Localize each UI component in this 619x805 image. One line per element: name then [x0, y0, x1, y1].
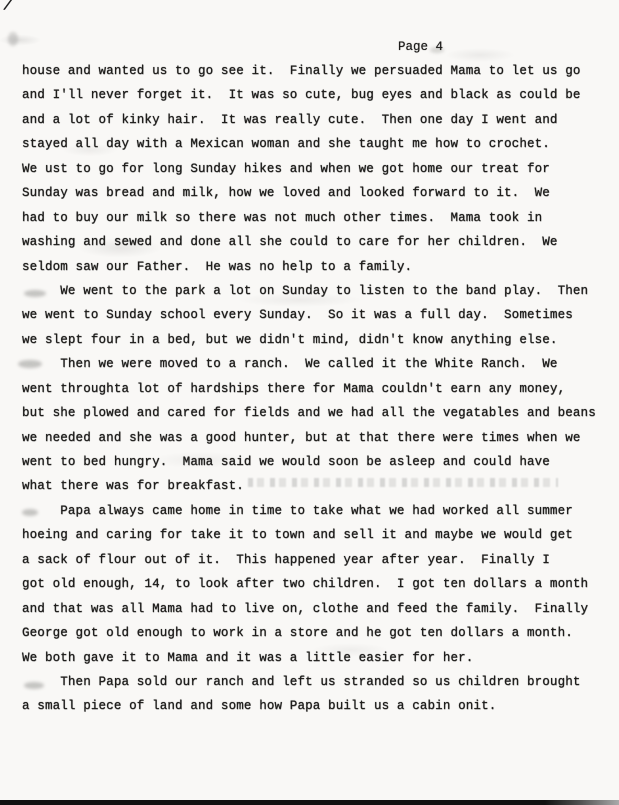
- smudge-mark: [24, 290, 46, 297]
- smudge-mark: [430, 47, 444, 53]
- text-line: We ust to go for long Sunday hikes and w…: [22, 157, 602, 181]
- text-line: but she plowed and cared for fields and …: [22, 401, 602, 425]
- text-line: house and wanted us to go see it. Finall…: [22, 59, 602, 83]
- text-line: stayed all day with a Mexican woman and …: [22, 132, 602, 156]
- erased-text-smudge: [248, 478, 558, 487]
- smudge-mark: [8, 32, 18, 46]
- text-line: we needed and she was a good hunter, but…: [22, 426, 602, 450]
- text-line: Papa always came home in time to take wh…: [22, 499, 602, 523]
- text-line: got old enough, 14, to look after two ch…: [22, 572, 602, 596]
- text-line: hoeing and caring for take it to town an…: [22, 523, 602, 547]
- text-line: Then we were moved to a ranch. We called…: [22, 352, 602, 376]
- text-line: We both gave it to Mama and it was a lit…: [22, 646, 602, 670]
- text-line: We went to the park a lot on Sunday to l…: [22, 279, 602, 303]
- text-line: seldom saw our Father. He was no help to…: [22, 255, 602, 279]
- text-line: we went to Sunday school every Sunday. S…: [22, 303, 602, 327]
- scan-edge-line: [0, 800, 619, 805]
- text-line: and I'll never forget it. It was so cute…: [22, 83, 602, 107]
- text-line: we slept four in a bed, but we didn't mi…: [22, 328, 602, 352]
- text-line: a small piece of land and some how Papa …: [22, 694, 602, 718]
- text-line: had to buy our milk so there was not muc…: [22, 206, 602, 230]
- smudge-mark: [22, 509, 38, 516]
- text-line: a sack of flour out of it. This happened…: [22, 548, 602, 572]
- smudge-mark: [18, 360, 42, 368]
- text-line: washing and sewed and done all she could…: [22, 230, 602, 254]
- smudge-mark: [24, 682, 44, 689]
- text-line: George got old enough to work in a store…: [22, 621, 602, 645]
- text-line: Sunday was bread and milk, how we loved …: [22, 181, 602, 205]
- pen-tick-mark: /: [2, 0, 13, 16]
- text-line: went throughta lot of hardships there fo…: [22, 377, 602, 401]
- text-line: and that was all Mama had to live on, cl…: [22, 597, 602, 621]
- text-line: Then Papa sold our ranch and left us str…: [22, 670, 602, 694]
- document-page: / Page 4 house and wanted us to go see i…: [0, 0, 619, 805]
- typed-text-body: house and wanted us to go see it. Finall…: [22, 59, 602, 719]
- text-line: went to bed hungry. Mama said we would s…: [22, 450, 602, 474]
- text-line: and a lot of kinky hair. It was really c…: [22, 108, 602, 132]
